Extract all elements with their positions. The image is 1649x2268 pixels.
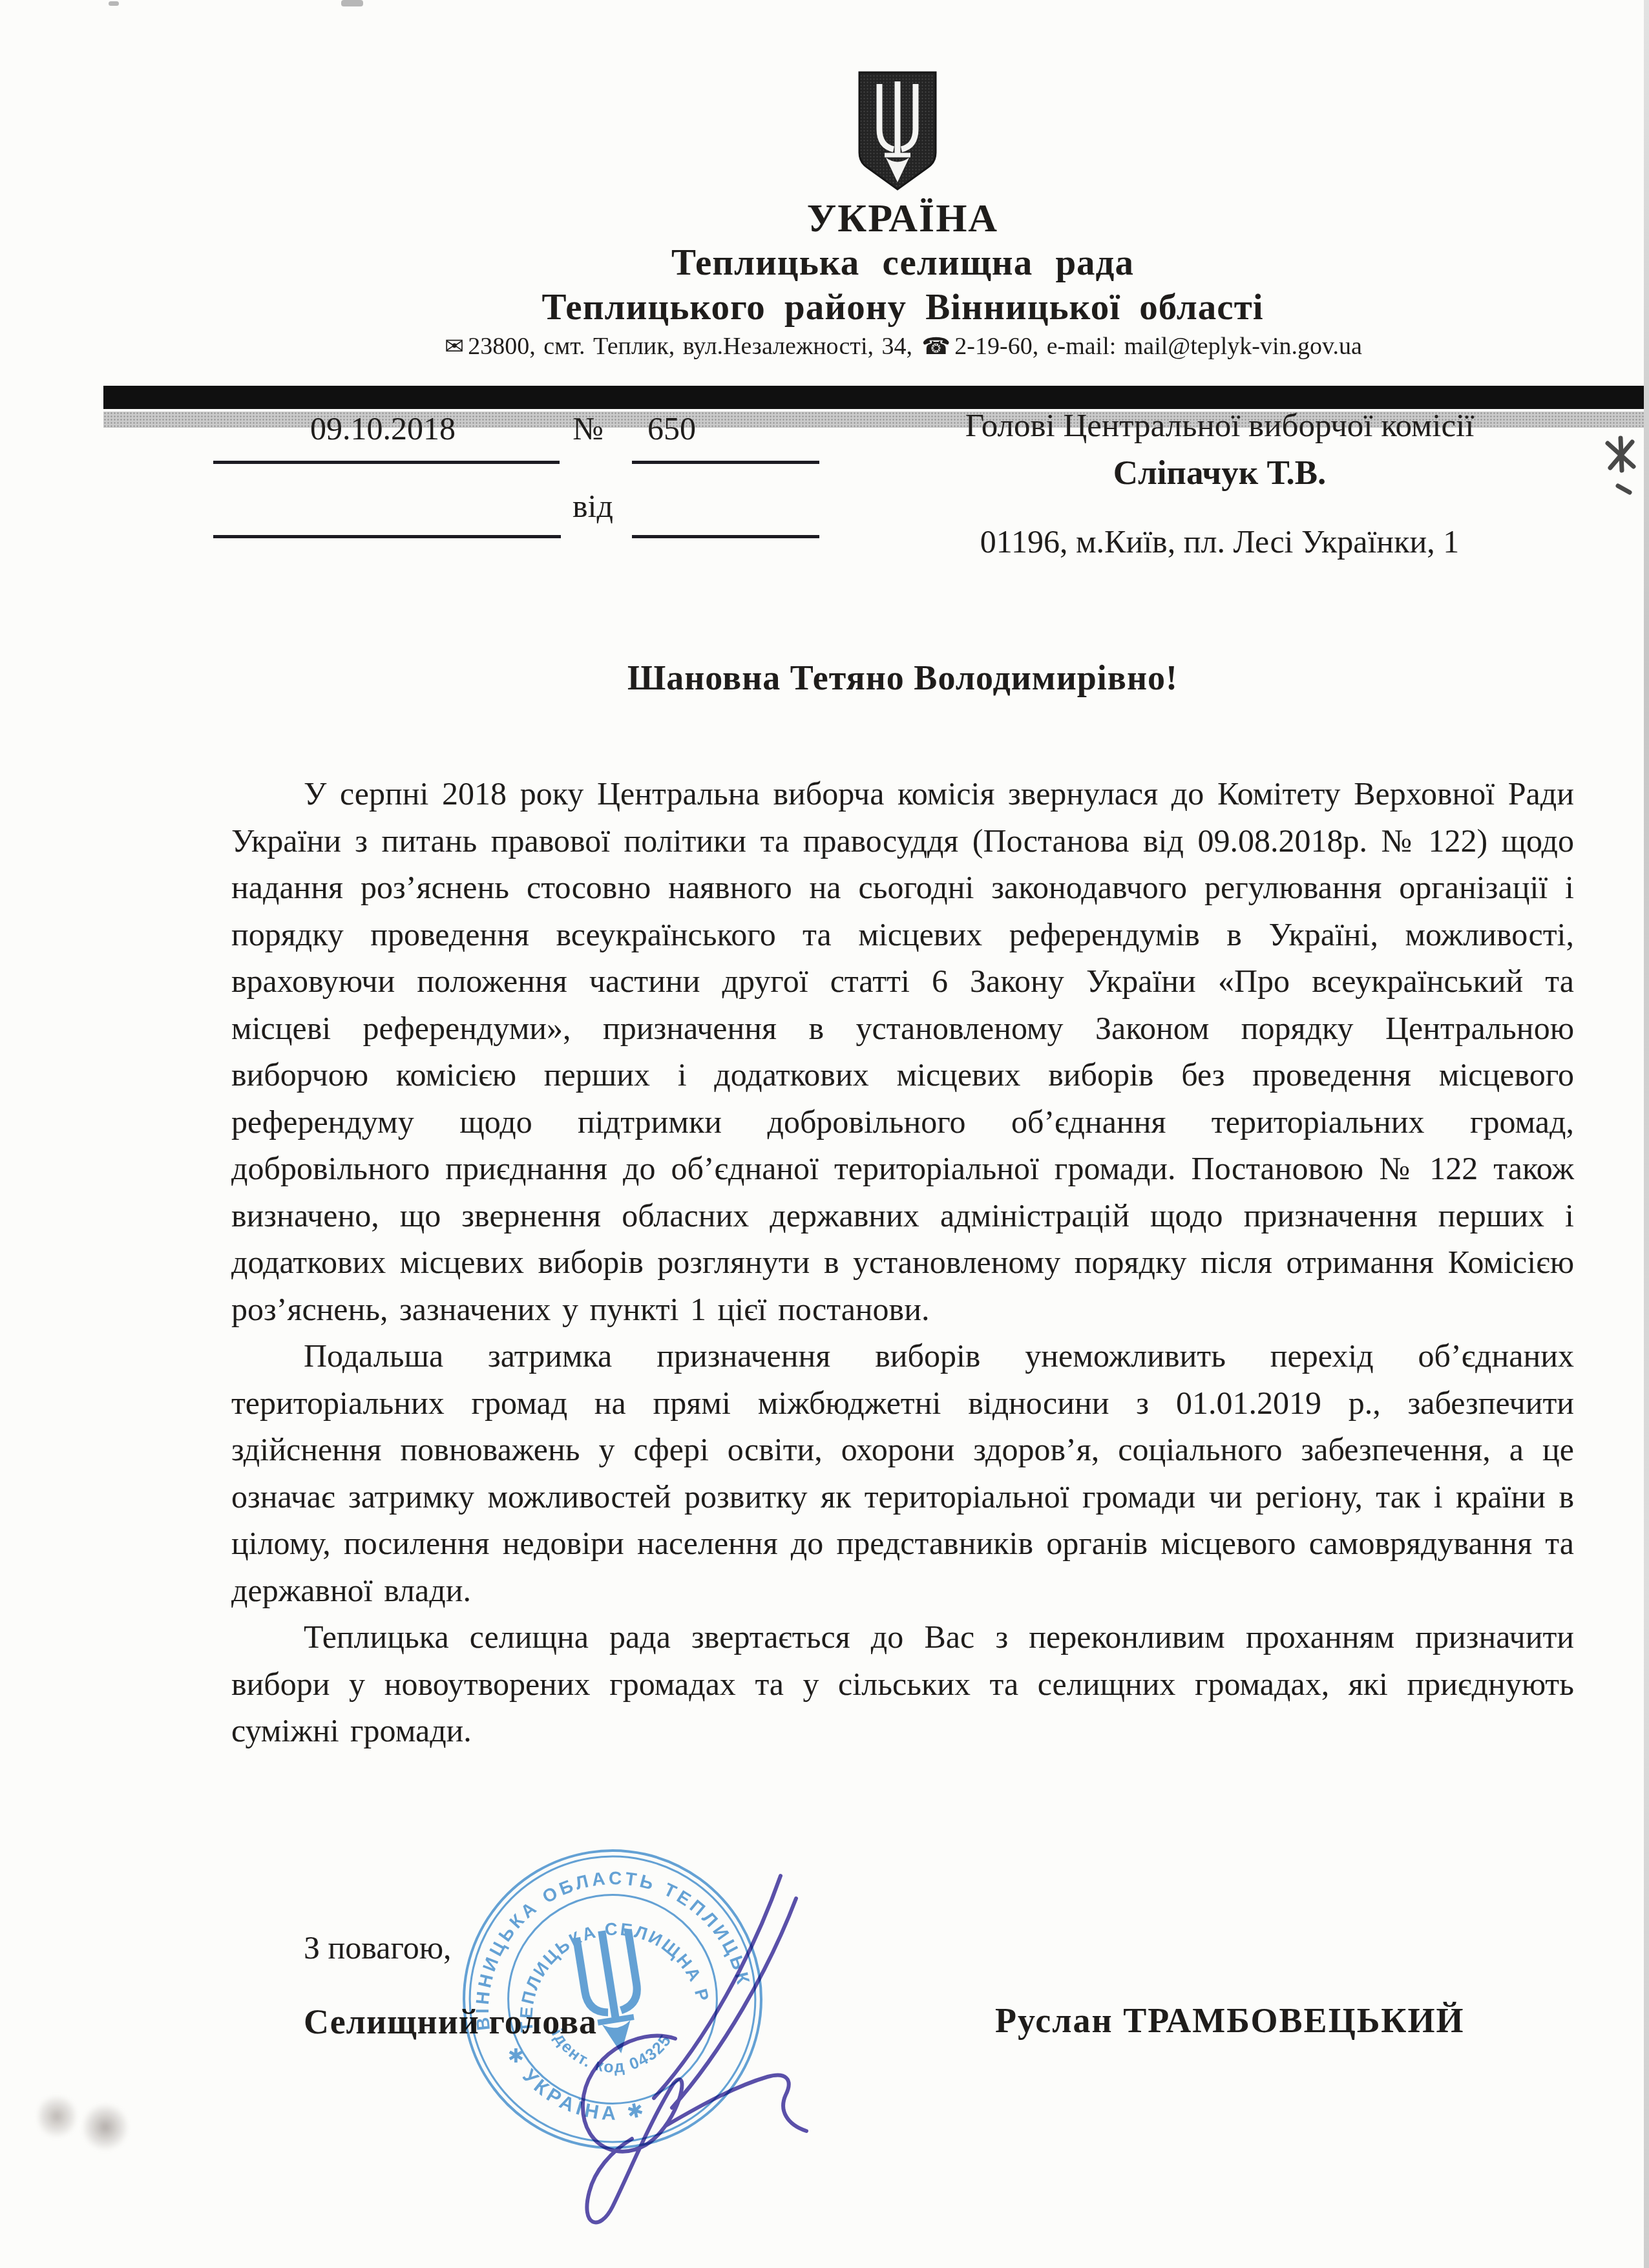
- addressee-block: Голові Центральної виборчої комісії Сліп…: [914, 407, 1525, 560]
- paragraph-2: Подальша затримка призначення виборів ун…: [231, 1332, 1574, 1613]
- envelope-icon: ✉: [443, 333, 468, 360]
- paragraph-1: У серпні 2018 року Центральна виборча ко…: [231, 770, 1574, 1332]
- letterhead-district: Теплицького району Вінницької області: [231, 286, 1574, 328]
- blank-underline-left: [213, 535, 561, 538]
- scanned-letter-page: УКРАЇНА Теплицька селищна рада Теплицько…: [0, 0, 1649, 2268]
- letterhead-phone: 2-19-60,: [954, 333, 1038, 360]
- letterhead-country: УКРАЇНА: [231, 196, 1574, 242]
- signer-name: Руслан ТРАМБОВЕЦЬКИЙ: [995, 2000, 1465, 2041]
- letterhead-email: e-mail: mail@teplyk-vin.gov.ua: [1047, 333, 1362, 360]
- phone-icon: ☎: [920, 333, 954, 360]
- scan-mark: [1601, 434, 1641, 496]
- salutation: Шановна Тетяно Володимирівно!: [231, 658, 1574, 698]
- addressee-name: Сліпачук Т.В.: [914, 454, 1525, 492]
- letter-body: У серпні 2018 року Центральна виборча ко…: [231, 770, 1574, 1754]
- addressee-address: 01196, м.Київ, пл. Лесі Українки, 1: [914, 523, 1525, 560]
- letterhead-contact-line: ✉23800, смт. Теплик, вул.Незалежності, 3…: [231, 332, 1574, 361]
- letterhead-council-name: Теплицька селищна рада: [231, 242, 1574, 284]
- letterhead-address: 23800, смт. Теплик, вул.Незалежності, 34…: [468, 333, 912, 360]
- scan-edge-strip: [1644, 0, 1649, 2268]
- date-underline: [213, 461, 560, 464]
- outgoing-number: 650: [647, 410, 696, 447]
- scan-speck: [109, 1, 119, 6]
- number-label: №: [572, 410, 604, 447]
- paragraph-3: Теплицька селищна рада звертається до Ва…: [231, 1613, 1574, 1754]
- outgoing-date: 09.10.2018: [310, 410, 456, 447]
- closing-regards: З повагою,: [304, 1929, 452, 1966]
- handwritten-signature: [452, 1848, 840, 2249]
- scan-speck: [341, 0, 363, 6]
- number-underline: [632, 461, 819, 464]
- ukraine-trident-emblem: [856, 71, 939, 191]
- scan-smudge: [37, 2092, 76, 2141]
- from-label: від: [572, 487, 613, 525]
- blank-underline-right: [632, 535, 819, 538]
- addressee-title: Голові Центральної виборчої комісії: [914, 407, 1525, 445]
- divider-bar-black: [103, 386, 1644, 409]
- scan-smudge: [83, 2101, 128, 2153]
